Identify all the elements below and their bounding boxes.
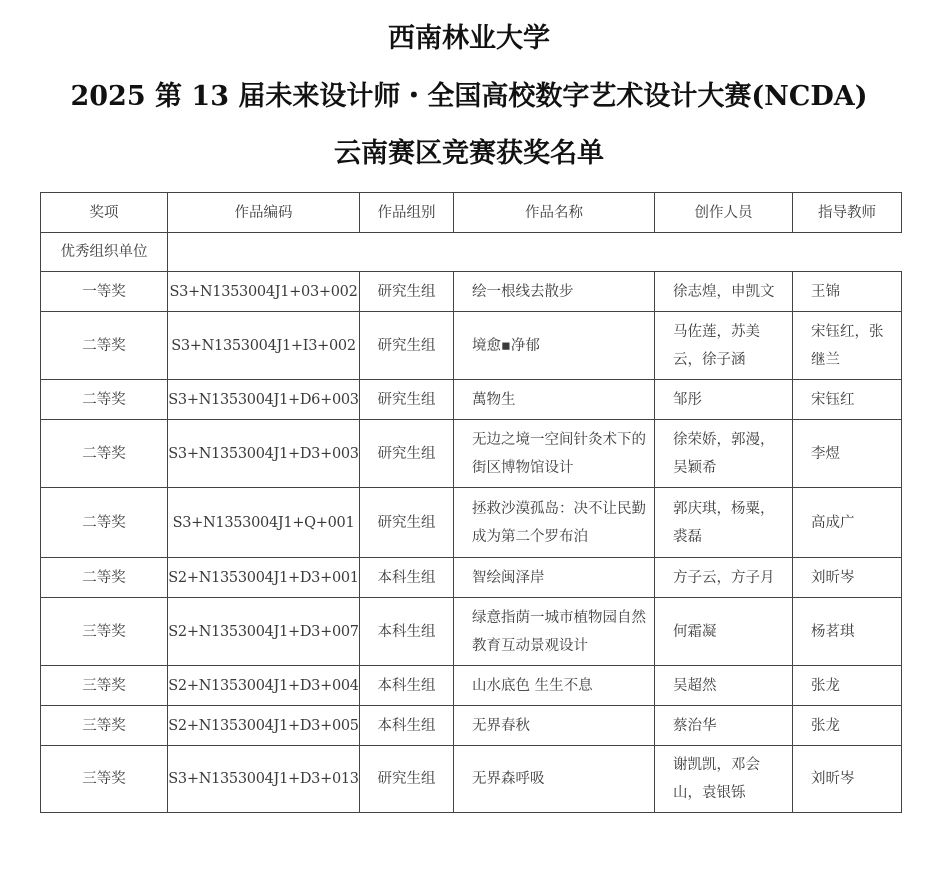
col-header-teacher: 指导教师 [793,193,902,233]
cell-award: 二等奖 [41,312,168,380]
cell-group: 研究生组 [360,420,454,488]
cell-teacher: 张龙 [793,666,902,706]
cell-award: 三等奖 [41,706,168,746]
cell-authors: 郭庆琪，杨粟，裘磊 [655,488,793,558]
cell-authors: 何霜凝 [655,598,793,666]
cell-code: S3+N1353004J1+D3+003 [168,420,360,488]
competition-title: 2025 第 13 届未来设计师・全国高校数字艺术设计大赛(NCDA) [0,80,938,114]
cell-group: 研究生组 [360,746,454,813]
cell-award: 一等奖 [41,272,168,312]
cell-award: 二等奖 [41,420,168,488]
org-value [168,233,902,272]
table-row: 二等奖 S3+N1353004J1+I3+002 研究生组 境愈▪净郁 马佐莲，… [41,312,902,380]
cell-group: 本科生组 [360,558,454,598]
cell-award: 三等奖 [41,746,168,813]
table-row: 二等奖 S2+N1353004J1+D3+001 本科生组 智绘闽泽岸 方子云，… [41,558,902,598]
award-table: 奖项 作品编码 作品组别 作品名称 创作人员 指导教师 优秀组织单位 一等奖 S… [40,192,902,813]
table-row: 一等奖 S3+N1353004J1+03+002 研究生组 绘一根线去散步 徐志… [41,272,902,312]
cell-title: 无界春秋 [454,706,655,746]
cell-award: 三等奖 [41,666,168,706]
cell-title: 无界森呼吸 [454,746,655,813]
cell-title: 萬物生 [454,380,655,420]
cell-authors: 吴超然 [655,666,793,706]
cell-award: 二等奖 [41,380,168,420]
cell-code: S3+N1353004J1+Q+001 [168,488,360,558]
table-row: 三等奖 S2+N1353004J1+D3+004 本科生组 山水底色 生生不息 … [41,666,902,706]
cell-code: S3+N1353004J1+D6+003 [168,380,360,420]
cell-teacher: 宋钰红 [793,380,902,420]
cell-group: 本科生组 [360,706,454,746]
cell-group: 研究生组 [360,312,454,380]
col-header-code: 作品编码 [168,193,360,233]
cell-teacher: 张龙 [793,706,902,746]
table-row: 二等奖 S3+N1353004J1+Q+001 研究生组 拯救沙漠孤岛：决不让民… [41,488,902,558]
cell-teacher: 李煜 [793,420,902,488]
cell-title: 智绘闽泽岸 [454,558,655,598]
cell-code: S2+N1353004J1+D3+001 [168,558,360,598]
col-header-title: 作品名称 [454,193,655,233]
cell-code: S3+N1353004J1+I3+002 [168,312,360,380]
cell-code: S2+N1353004J1+D3+004 [168,666,360,706]
cell-code: S3+N1353004J1+D3+013 [168,746,360,813]
cell-teacher: 刘昕岑 [793,558,902,598]
cell-teacher: 杨茗琪 [793,598,902,666]
col-header-group: 作品组别 [360,193,454,233]
org-label: 优秀组织单位 [41,233,168,272]
table-row: 二等奖 S3+N1353004J1+D6+003 研究生组 萬物生 邹彤 宋钰红 [41,380,902,420]
cell-award: 三等奖 [41,598,168,666]
cell-title: 拯救沙漠孤岛：决不让民勤成为第二个罗布泊 [454,488,655,558]
table-row: 二等奖 S3+N1353004J1+D3+003 研究生组 无边之境一空间针灸术… [41,420,902,488]
cell-group: 本科生组 [360,666,454,706]
cell-title: 山水底色 生生不息 [454,666,655,706]
cell-title: 绘一根线去散步 [454,272,655,312]
table-row: 三等奖 S2+N1353004J1+D3+007 本科生组 绿意指荫一城市植物园… [41,598,902,666]
cell-group: 本科生组 [360,598,454,666]
cell-award: 二等奖 [41,488,168,558]
cell-code: S2+N1353004J1+D3+005 [168,706,360,746]
cell-group: 研究生组 [360,272,454,312]
cell-code: S2+N1353004J1+D3+007 [168,598,360,666]
cell-authors: 马佐莲，苏美云，徐子涵 [655,312,793,380]
org-row: 优秀组织单位 [41,233,902,272]
university-title: 西南林业大学 [0,22,938,56]
cell-teacher: 刘昕岑 [793,746,902,813]
cell-group: 研究生组 [360,380,454,420]
table-row: 三等奖 S3+N1353004J1+D3+013 研究生组 无界森呼吸 谢凯凯，… [41,746,902,813]
cell-teacher: 高成广 [793,488,902,558]
col-header-authors: 创作人员 [655,193,793,233]
cell-teacher: 宋钰红，张继兰 [793,312,902,380]
col-header-award: 奖项 [41,193,168,233]
list-title: 云南赛区竞赛获奖名单 [0,137,938,171]
cell-title: 绿意指荫一城市植物园自然教育互动景观设计 [454,598,655,666]
cell-authors: 徐志煌，申凯文 [655,272,793,312]
cell-award: 二等奖 [41,558,168,598]
cell-title: 境愈▪净郁 [454,312,655,380]
cell-authors: 邹彤 [655,380,793,420]
cell-authors: 方子云，方子月 [655,558,793,598]
cell-title: 无边之境一空间针灸术下的街区博物馆设计 [454,420,655,488]
cell-teacher: 王锦 [793,272,902,312]
cell-authors: 谢凯凯，邓会山，袁银铄 [655,746,793,813]
cell-authors: 徐荣娇，郭漫，吴颖希 [655,420,793,488]
table-header-row: 奖项 作品编码 作品组别 作品名称 创作人员 指导教师 [41,193,902,233]
table-row: 三等奖 S2+N1353004J1+D3+005 本科生组 无界春秋 蔡治华 张… [41,706,902,746]
cell-code: S3+N1353004J1+03+002 [168,272,360,312]
cell-group: 研究生组 [360,488,454,558]
cell-authors: 蔡治华 [655,706,793,746]
